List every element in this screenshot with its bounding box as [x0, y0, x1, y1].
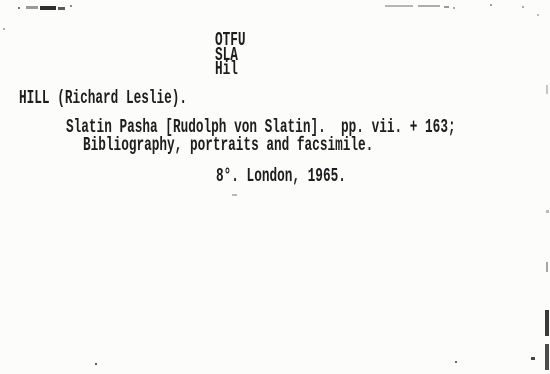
scan-artifact — [537, 14, 539, 16]
scan-artifact — [385, 5, 413, 7]
scan-artifact — [40, 6, 56, 10]
shelfmark-line-3: Hil — [215, 60, 238, 79]
imprint-line: 8°. London, 1965. — [216, 167, 346, 186]
scan-artifact — [3, 28, 5, 30]
scan-artifact — [418, 5, 440, 7]
author-heading: HILL (Richard Leslie). — [19, 89, 187, 108]
scan-artifact — [95, 363, 97, 365]
scan-artifact — [455, 361, 457, 363]
title-continuation-line: Bibliography, portraits and facsimile. — [83, 136, 373, 155]
scan-artifact — [546, 262, 548, 272]
scan-artifact — [70, 5, 72, 7]
scan-artifact — [58, 7, 65, 10]
scan-artifact — [545, 310, 549, 336]
scan-artifact — [18, 7, 20, 9]
scan-artifact — [522, 6, 524, 8]
scan-artifact — [26, 6, 38, 9]
scan-artifact — [546, 85, 548, 94]
scan-artifact — [444, 6, 449, 8]
catalog-card: OTFU SLA Hil HILL (Richard Leslie). Slat… — [0, 0, 550, 374]
scan-artifact — [531, 357, 535, 360]
scan-artifact — [490, 4, 492, 6]
scan-artifact — [232, 194, 237, 196]
scan-artifact — [546, 210, 549, 213]
scan-artifact — [453, 7, 455, 9]
scan-artifact — [545, 344, 549, 370]
